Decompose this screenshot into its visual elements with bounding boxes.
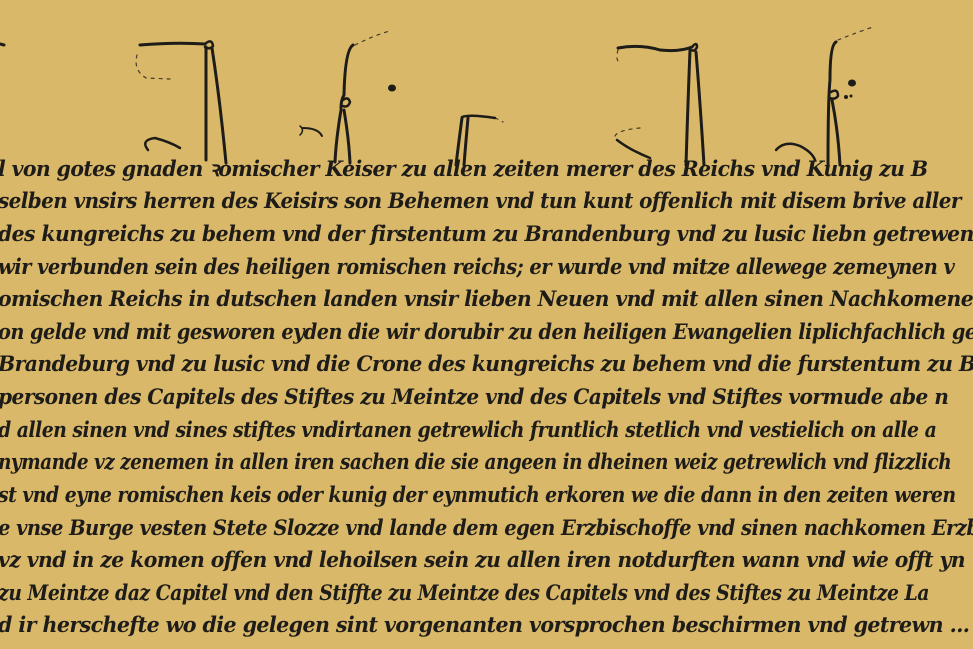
text-line-9: d allen sinen vnd sines stiftes vndirtan… bbox=[0, 418, 936, 442]
text-line-6: on gelde vnd mit gesworen eyden die wir … bbox=[0, 320, 973, 344]
text-line-10: nymande vz zenemen in allen iren sachen … bbox=[0, 450, 951, 474]
text-line-13: vz vnd in ze komen offen vnd lehoilsen s… bbox=[0, 548, 965, 572]
text-line-11: st vnd eyne romischen keis oder kunig de… bbox=[0, 483, 956, 507]
charter-text: l von gotes gnaden ꝛomischer Keiser zu a… bbox=[0, 0, 973, 649]
text-line-7: Brandeburg vnd zu lusic vnd die Crone de… bbox=[0, 352, 973, 376]
text-line-14: zu Meintze daz Capitel vnd den Stiffte z… bbox=[0, 581, 929, 605]
text-line-5: omischen Reichs in dutschen landen vnsir… bbox=[0, 287, 973, 311]
text-line-4: wir verbunden sein des heiligen romische… bbox=[0, 255, 954, 279]
text-line-8: personen des Capitels des Stiftes zu Mei… bbox=[0, 385, 948, 409]
text-line-12: e vnse Burge vesten Stete Slozze vnd lan… bbox=[0, 516, 973, 540]
text-line-15: d ir herschefte wo die gelegen sint vorg… bbox=[0, 613, 969, 637]
text-line-3: des kungreichs zu behem vnd der firstent… bbox=[0, 222, 973, 246]
text-line-1: l von gotes gnaden ꝛomischer Keiser zu a… bbox=[0, 157, 928, 181]
text-line-2: selben vnsirs herren des Keisirs son Beh… bbox=[0, 189, 961, 213]
manuscript-page: l von gotes gnaden ꝛomischer Keiser zu a… bbox=[0, 0, 973, 649]
